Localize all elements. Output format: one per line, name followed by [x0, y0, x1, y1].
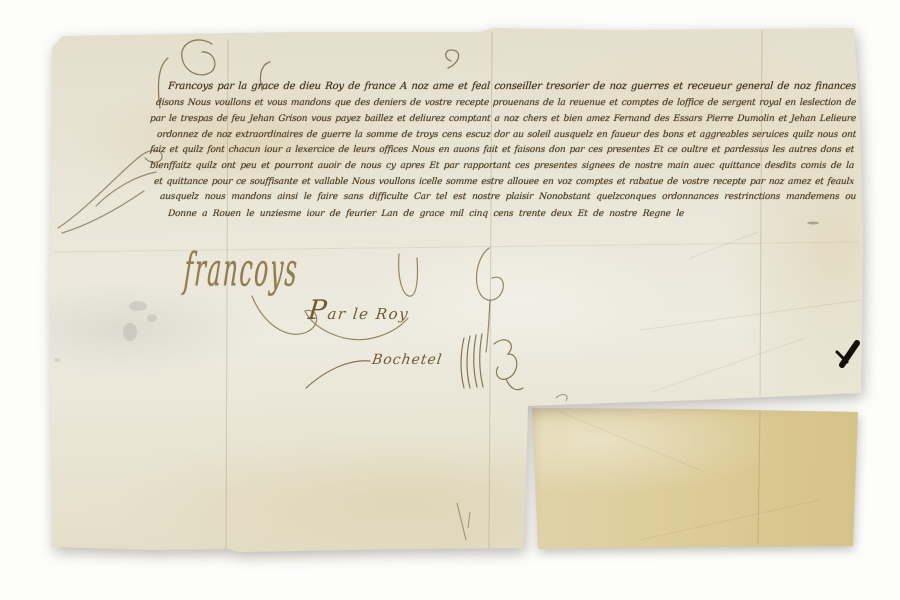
manuscript-text-line: et quittance pour ce souffisante et vall…	[154, 176, 855, 189]
manuscript-text-line: Francoys par la grace de dieu Roy de fra…	[168, 80, 857, 93]
manuscript-text-line: faiz et quilz font chacun iour a lexerci…	[150, 144, 855, 157]
pen-marks-overlay	[0, 0, 900, 600]
parchment-sheet: Francoys par la grace de dieu Roy de fra…	[0, 0, 900, 600]
manuscript-text-line: disons Nous voullons et vous mandons que…	[156, 97, 857, 110]
photo-backdrop: Francoys par la grace de dieu Roy de fra…	[0, 0, 900, 600]
parchment-sheet-surface: Francoys par la grace de dieu Roy de fra…	[0, 0, 900, 600]
manuscript-text-line: bienffaitz quilz ont peu et pourront auo…	[150, 160, 855, 173]
fold-crease	[226, 30, 762, 550]
fold-crease	[54, 232, 862, 392]
signature-tail-flourish-icon	[252, 248, 503, 352]
manuscript-text-line: par le trespas de feu Jehan Grison vous …	[150, 113, 857, 126]
manuscript-text-line: ordonnez de noz extraordinaires de guerr…	[157, 129, 857, 142]
opening-flourish-icon	[159, 40, 459, 108]
bochetel-paraph-icon	[306, 334, 523, 390]
king-signature: francoys	[183, 243, 301, 297]
secretary-signature: Bochetel	[371, 352, 443, 368]
stain-speck	[54, 222, 819, 363]
u-flourish-icon	[399, 254, 418, 296]
ink-scratch	[457, 394, 567, 540]
loop-flourish-icon	[476, 248, 503, 352]
par-le-roy-formula: Par le Roy	[307, 299, 411, 326]
manuscript-text-line: Donne a Rouen le unziesme iour de feurie…	[168, 208, 685, 221]
margin-paraph-icon	[58, 150, 162, 233]
edge-ink-mark	[837, 343, 857, 365]
manuscript-text-line: ausquelz nous mandons ainsi le faire san…	[160, 191, 857, 204]
